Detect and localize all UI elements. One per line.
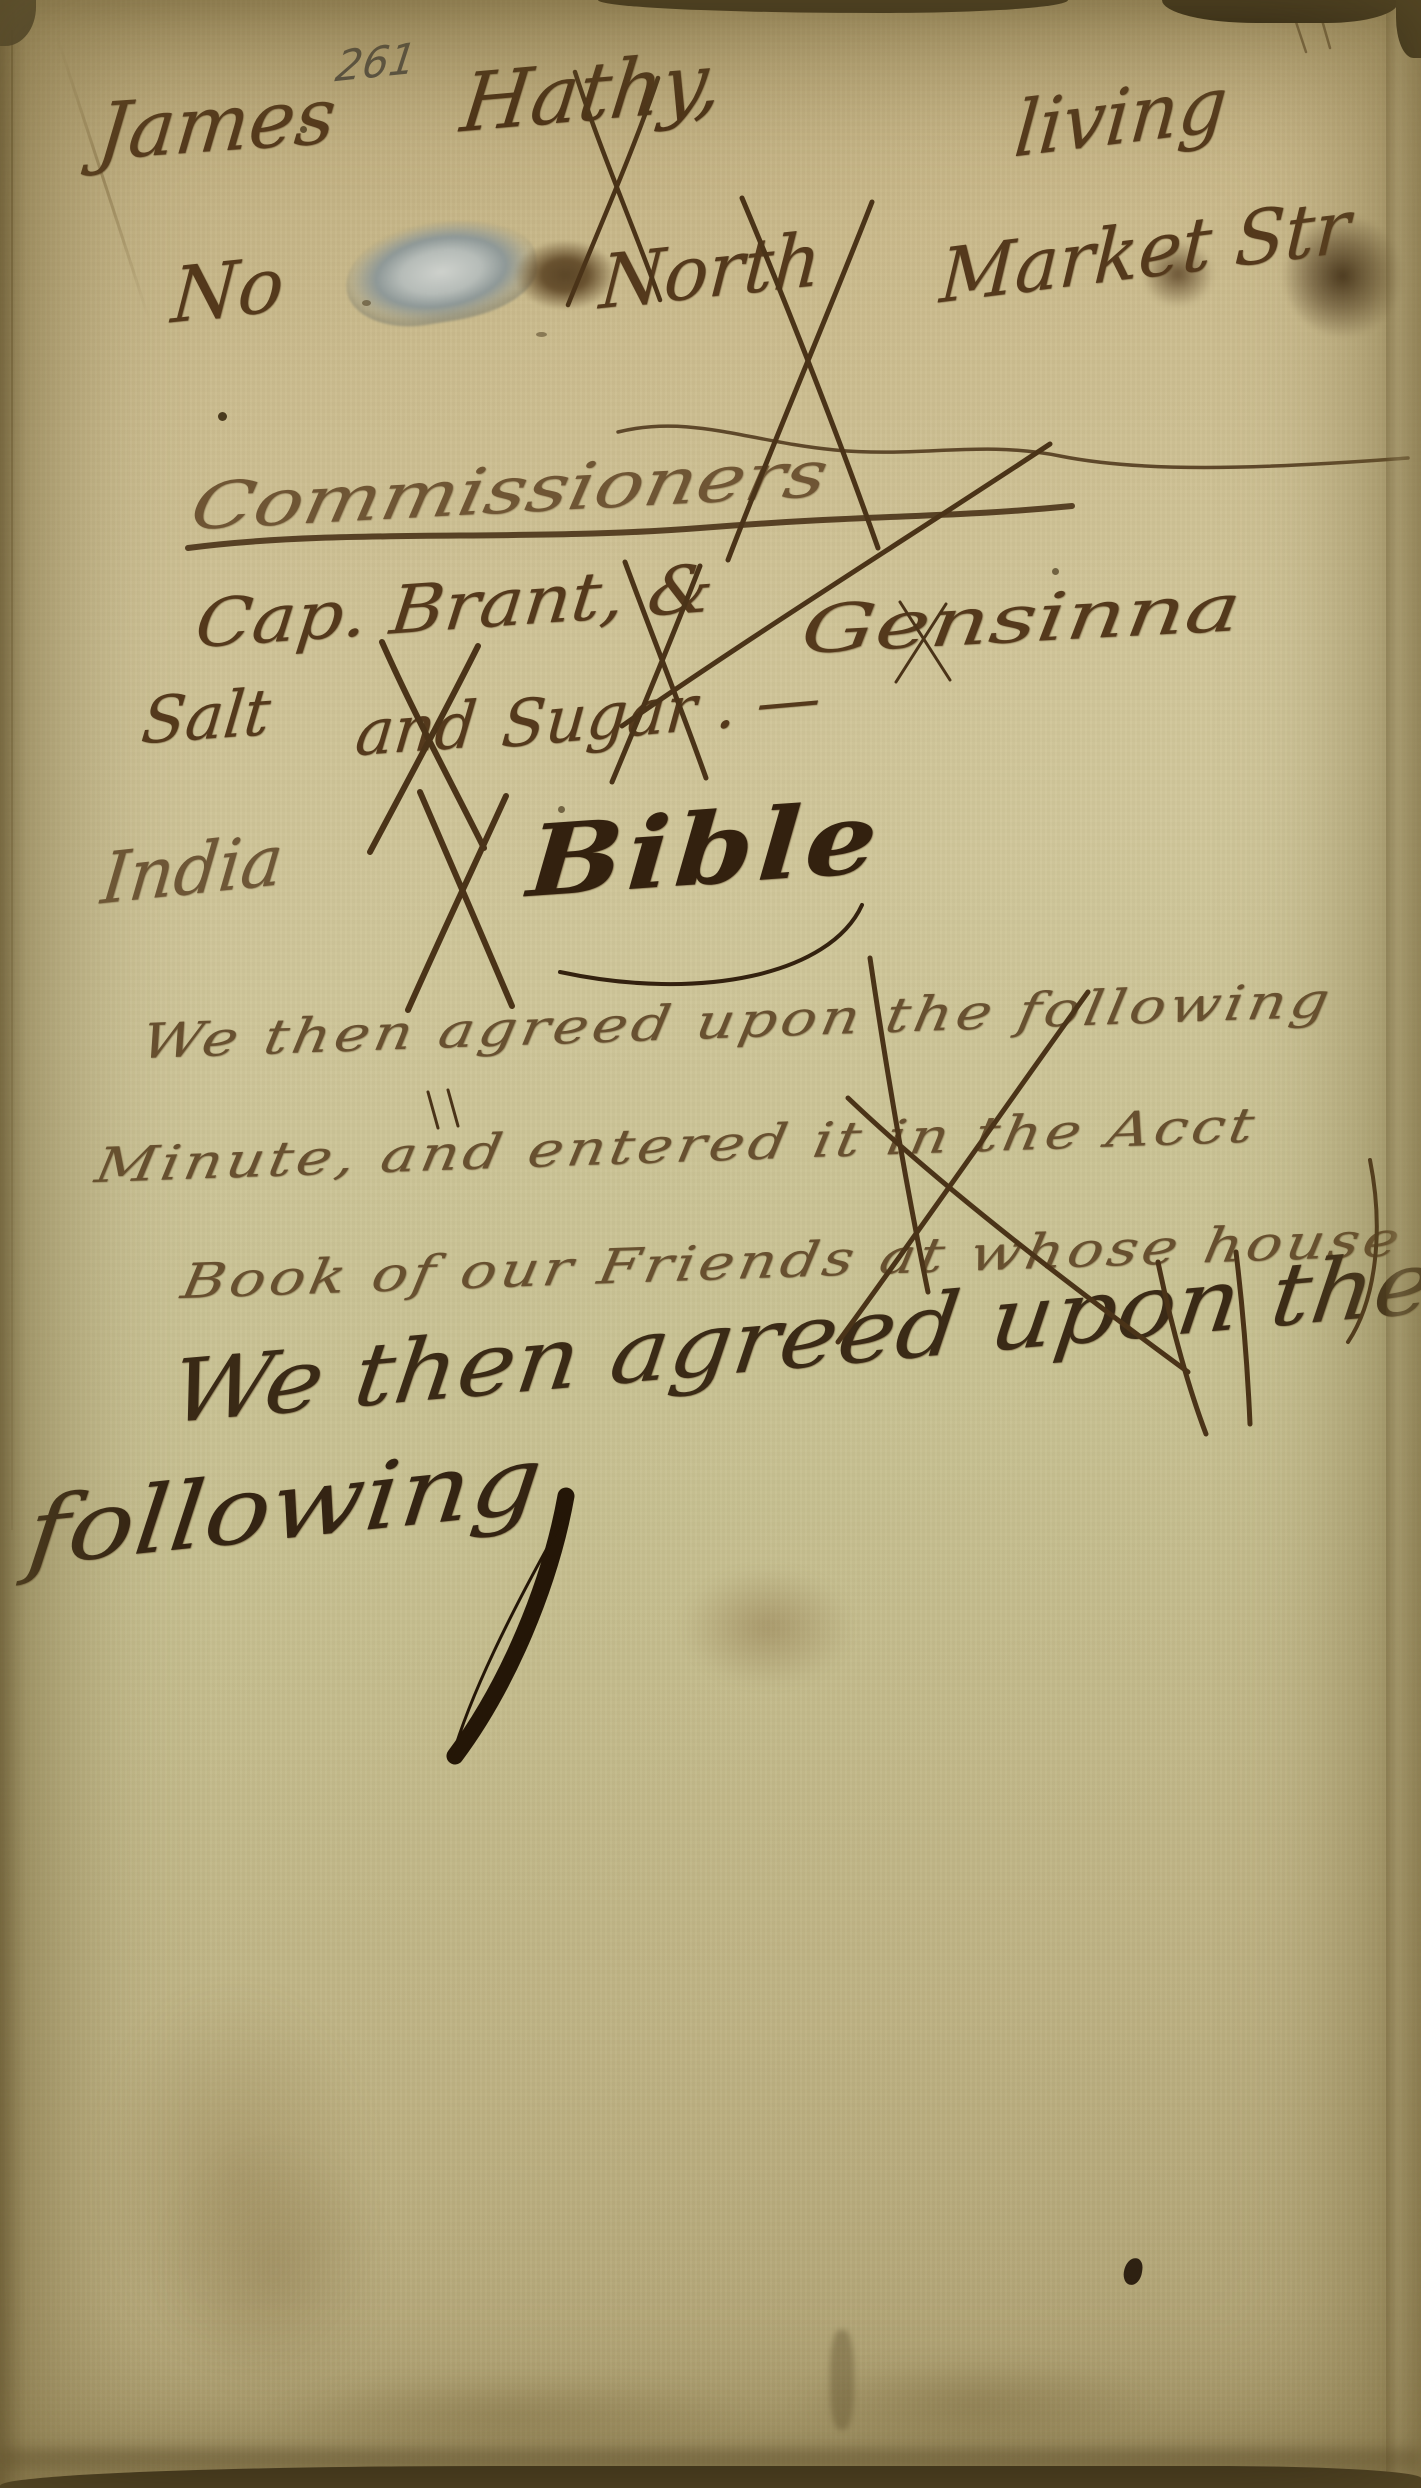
handwriting-line1-word-struck: Hathy, (457, 41, 727, 145)
handwriting-india-struck: India (98, 824, 286, 914)
page-number: 261 (333, 37, 419, 88)
handwriting-line2-word: No (169, 246, 286, 335)
handwriting-line1-word: James (94, 77, 340, 172)
handwriting-line5-word-struck: and (353, 693, 480, 766)
ink-speck (1052, 568, 1059, 575)
ink-speck (536, 332, 547, 337)
handwriting-line5-word: Salt (139, 681, 274, 755)
ink-speck (218, 412, 227, 421)
handwriting-line2-word-struck: North (597, 222, 823, 320)
ink-speck (362, 300, 371, 306)
handwriting-bible: Bible (525, 789, 885, 912)
manuscript-page: 261 James Hathy, living No North Market … (0, 0, 1421, 2488)
